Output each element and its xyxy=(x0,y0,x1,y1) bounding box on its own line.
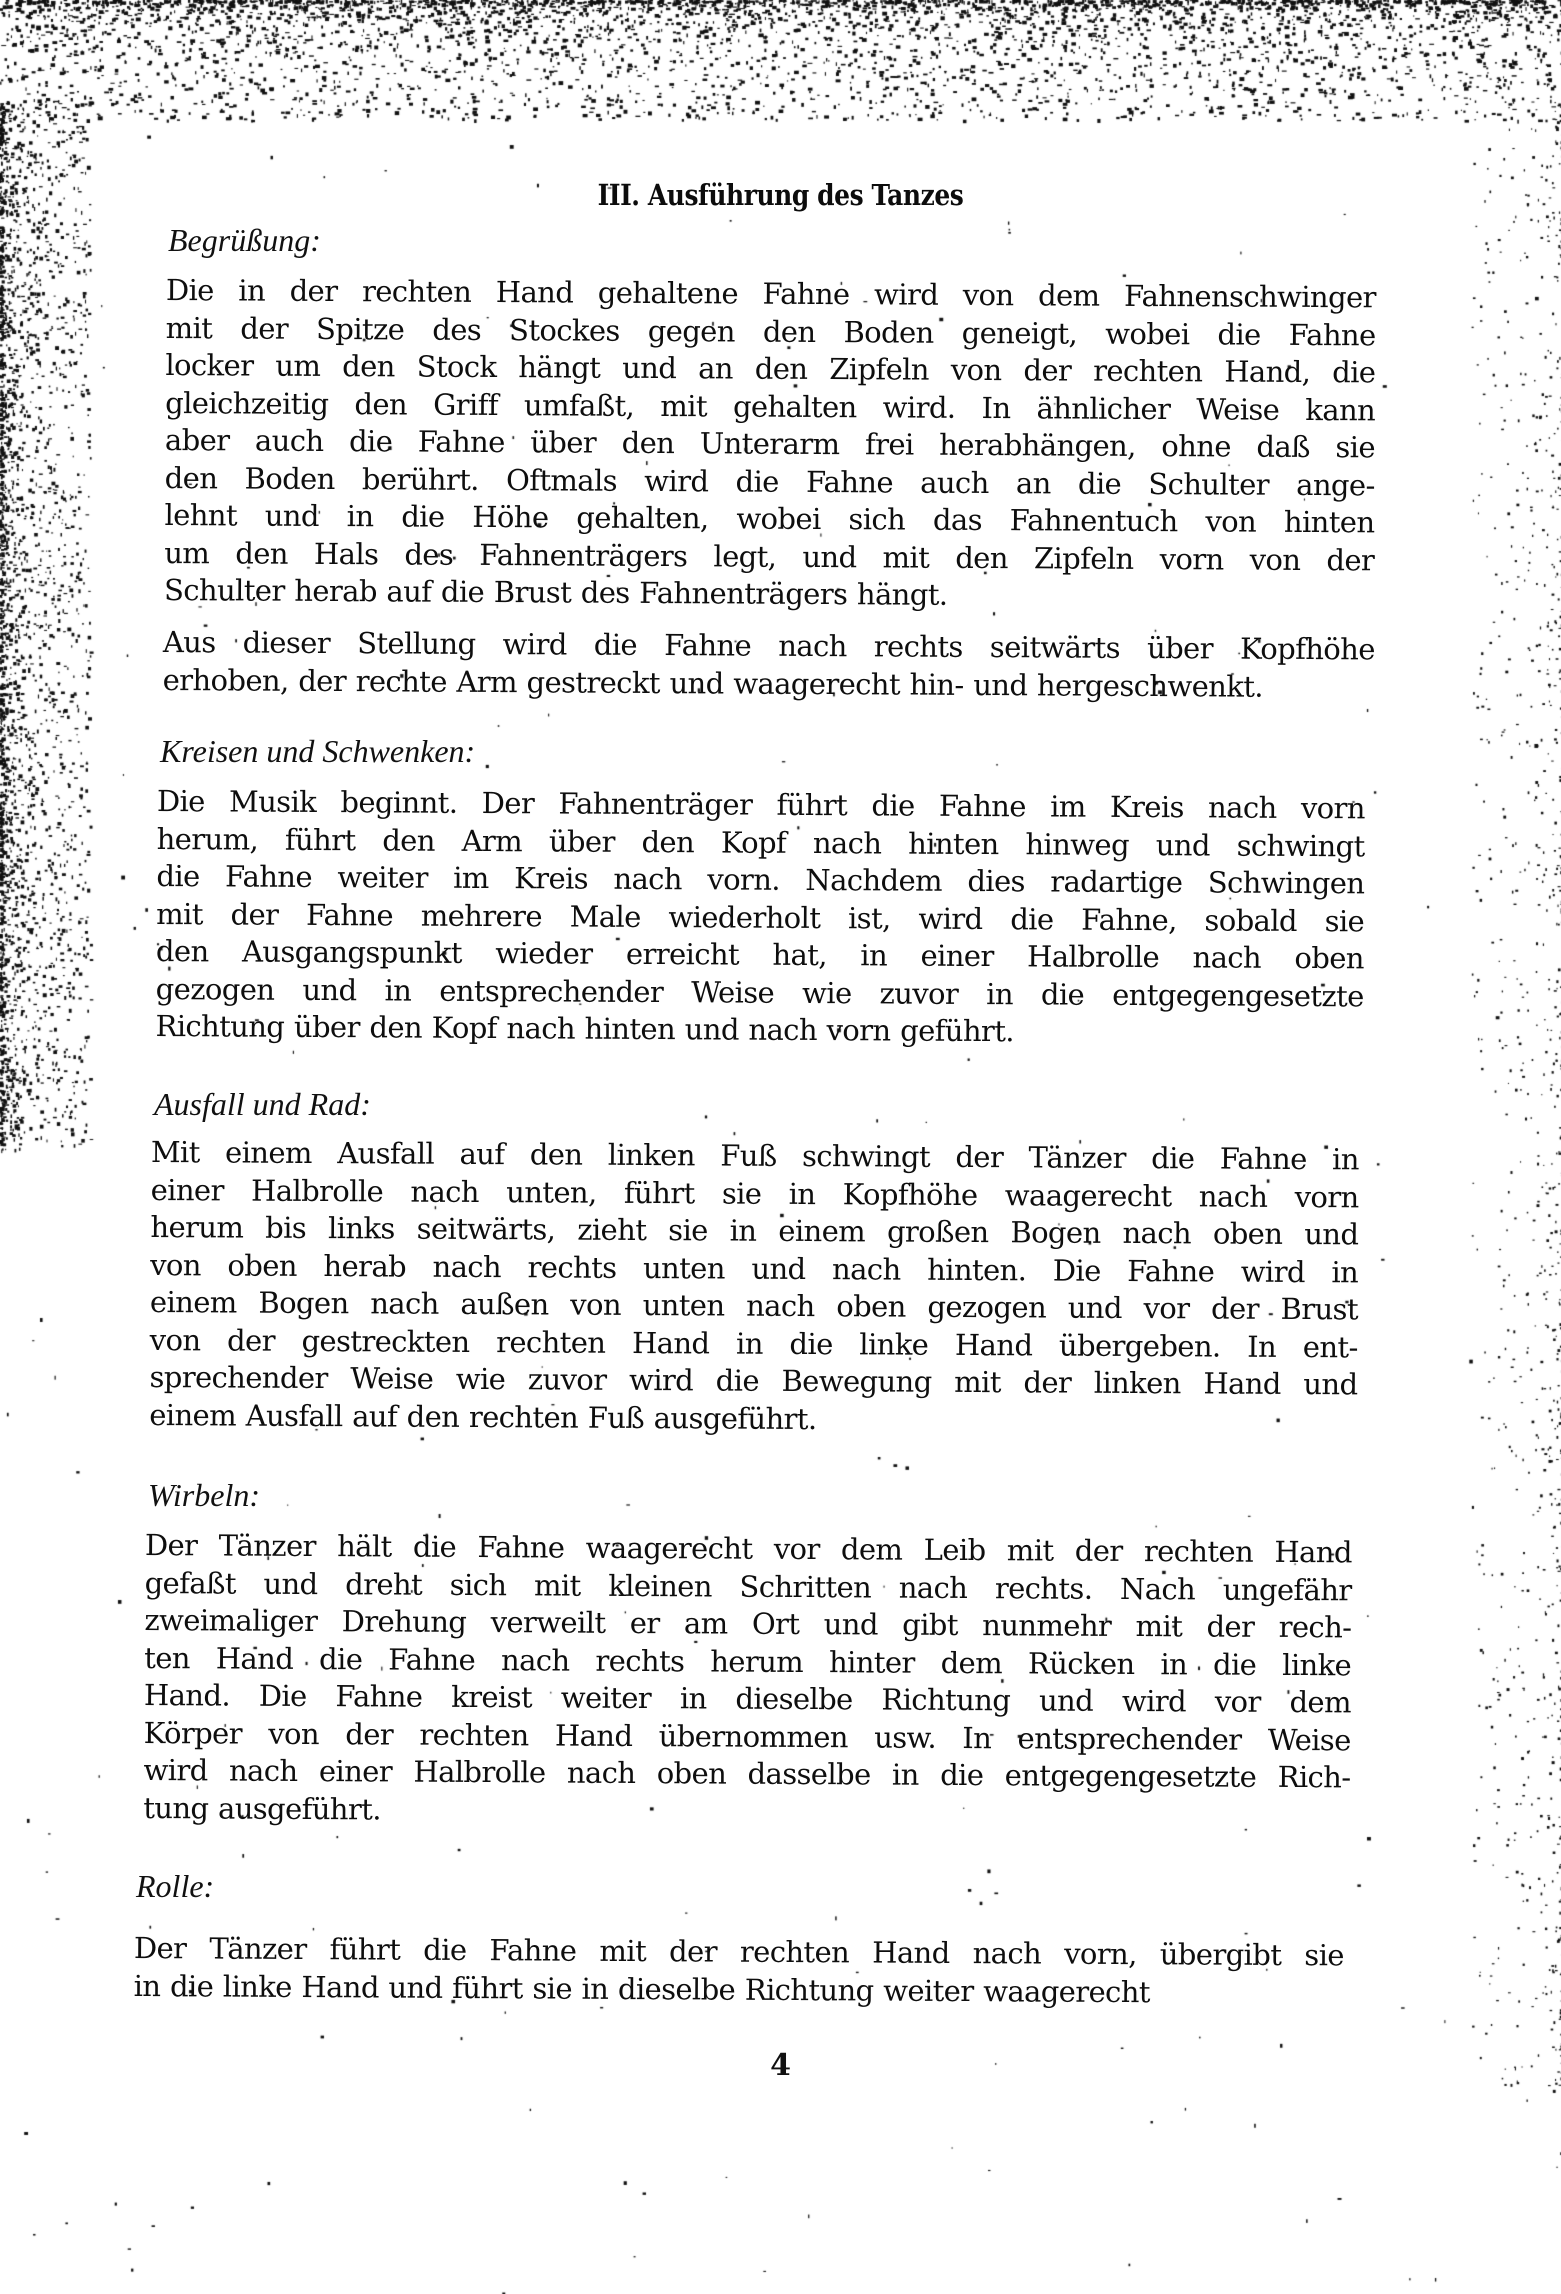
text-line: einem Ausfall auf den rechten Fuß ausgef… xyxy=(149,1396,1357,1441)
section-paragraph: Die in der rechten Hand gehaltene Fahne … xyxy=(164,272,1376,617)
section-paragraph: Der Tänzer führt die Fahne mit der recht… xyxy=(134,1930,1344,2012)
section-heading-rolle: Rolle: xyxy=(136,1868,214,1905)
chapter-title: III. Ausführung des Tanzes xyxy=(109,178,1451,212)
text-line: Richtung über den Kopf nach hinten und n… xyxy=(155,1008,1363,1053)
section-paragraph: Die Musik beginnt. Der Fahnenträger führ… xyxy=(155,783,1365,1053)
text-line: Schulter herab auf die Brust des Fahnent… xyxy=(164,572,1374,617)
section-heading-wirbeln: Wirbeln: xyxy=(148,1477,260,1514)
document-page: III. Ausführung des Tanzes Begrüßung: Di… xyxy=(0,0,1561,2294)
section-paragraph: Mit einem Ausfall auf den linken Fuß sch… xyxy=(149,1134,1359,1441)
text-line: erhoben, der rechte Arm gestreckt und wa… xyxy=(163,661,1375,706)
section-paragraph: Aus dieser Stellung wird die Fahne nach … xyxy=(163,624,1375,706)
section-heading-kreisen-und-schwenken: Kreisen und Schwenken: xyxy=(160,733,475,770)
section-heading-ausfall-und-rad: Ausfall und Rad: xyxy=(154,1086,371,1123)
text-line: tung ausgeführt. xyxy=(143,1789,1350,1834)
section-heading-begruessung: Begrüßung: xyxy=(168,222,321,259)
page-number: 4 xyxy=(0,2048,1561,2083)
section-paragraph: Der Tänzer hält die Fahne waagerecht vor… xyxy=(143,1527,1352,1834)
text-line: in die linke Hand und führt sie in diese… xyxy=(134,1967,1344,2012)
